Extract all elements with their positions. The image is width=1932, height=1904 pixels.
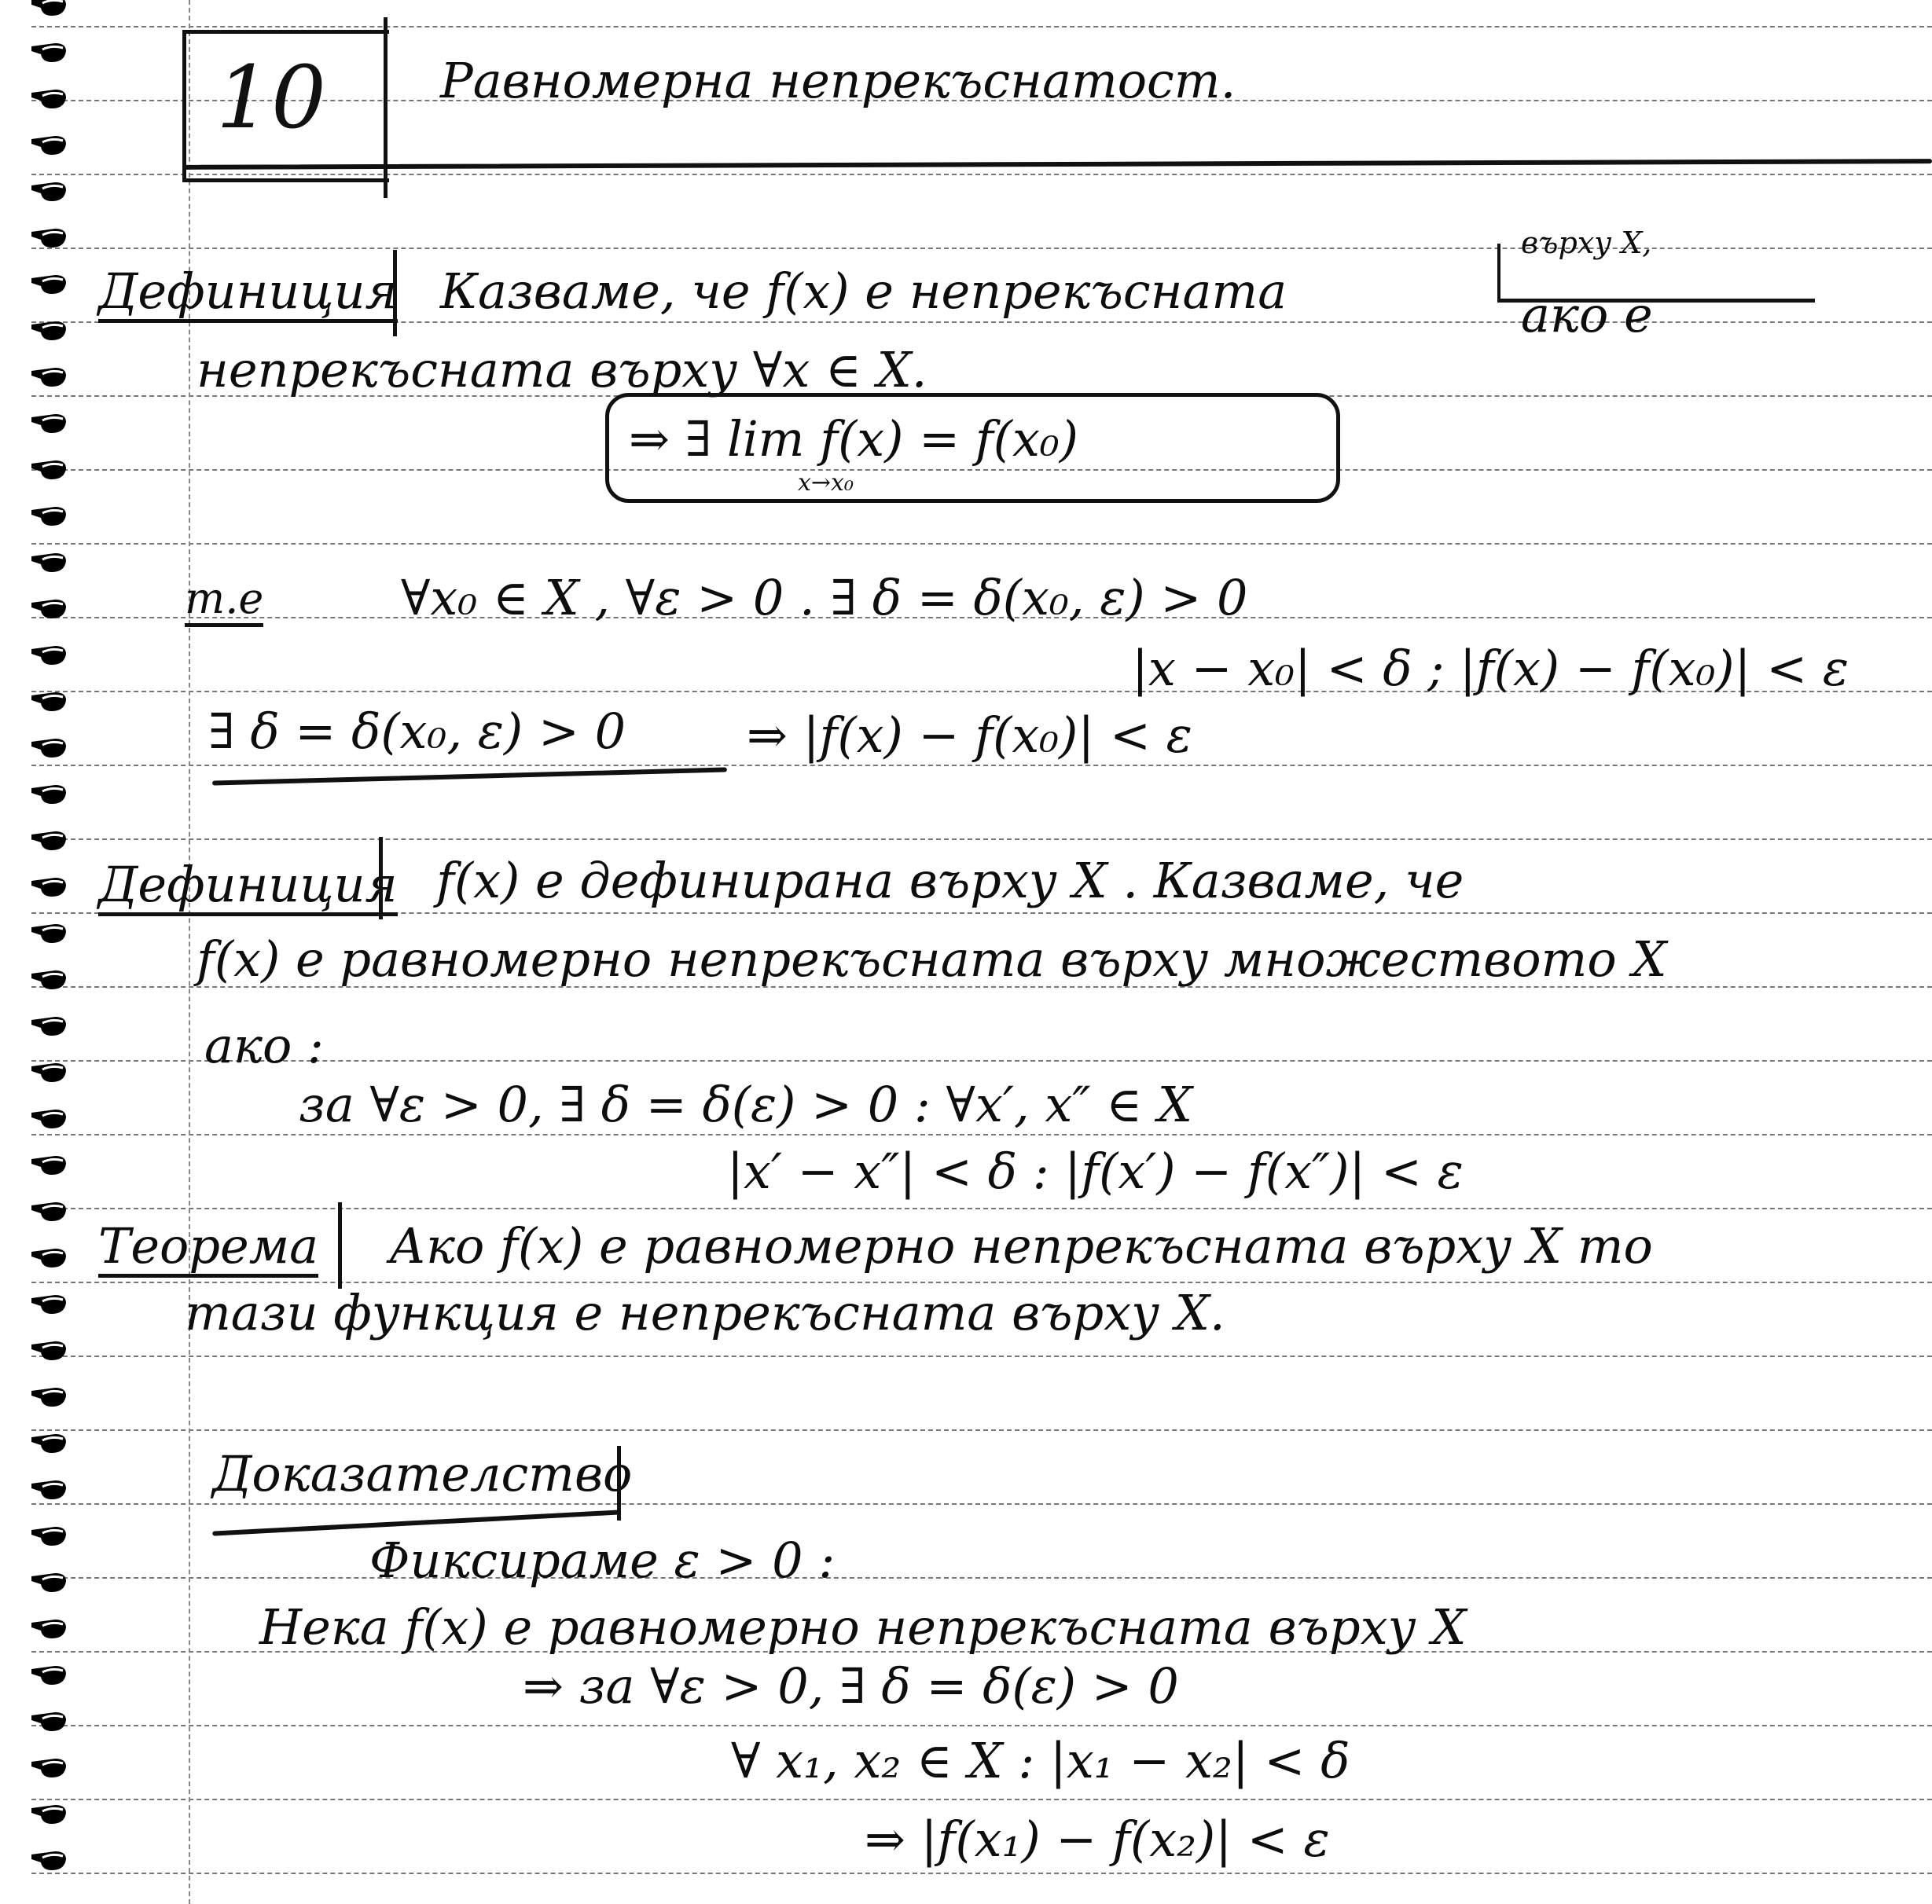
page-title: Равномерна непрекъснатост. bbox=[440, 57, 1236, 105]
binding-hole-icon bbox=[31, 550, 68, 574]
binding-hole-icon bbox=[31, 1663, 68, 1686]
definition-1-label: Дефиниция bbox=[98, 267, 398, 323]
binding-hole-icon bbox=[31, 272, 68, 295]
binding-hole-icon bbox=[31, 1524, 68, 1547]
binding-hole-icon bbox=[31, 411, 68, 435]
ruled-line bbox=[31, 1799, 1932, 1800]
te-line-2: |x − x₀| < δ ; |f(x) − f(x₀)| < ε bbox=[1132, 644, 1849, 693]
ruled-line bbox=[31, 1134, 1932, 1135]
binding-hole-icon bbox=[31, 1848, 68, 1872]
binding-hole-icon bbox=[31, 504, 68, 527]
theorem-separator bbox=[338, 1202, 342, 1289]
binding-hole-icon bbox=[31, 457, 68, 481]
definition-2-line-1: f(x) е дефинирана върху X . Казваме, че bbox=[436, 857, 1464, 905]
binding-hole-icon bbox=[31, 1060, 68, 1084]
ruled-line bbox=[31, 1577, 1932, 1579]
theorem-line-1: Ако f(x) е равномерно непрекъсната върху… bbox=[389, 1222, 1653, 1271]
definition-2-label: Дефиниция bbox=[98, 860, 398, 916]
te-label: т.е bbox=[185, 578, 263, 627]
binding-hole-icon bbox=[31, 736, 68, 759]
binding-hole-icon bbox=[31, 1199, 68, 1223]
proof-label: Доказателство bbox=[212, 1450, 632, 1499]
binding-hole-icon bbox=[31, 1616, 68, 1640]
ruled-line bbox=[31, 765, 1932, 766]
binding-hole-icon bbox=[31, 1106, 68, 1130]
binding-hole-icon bbox=[31, 643, 68, 666]
binding-hole-icon bbox=[31, 1385, 68, 1408]
binding-hole-icon bbox=[31, 596, 68, 620]
binding-hole-icon bbox=[31, 1014, 68, 1037]
ruled-line bbox=[31, 543, 1932, 545]
proof-line-3: ⇒ за ∀ε > 0, ∃ δ = δ(ε) > 0 bbox=[523, 1662, 1179, 1711]
ruled-line bbox=[31, 26, 1932, 28]
binding-hole-icon bbox=[31, 1431, 68, 1455]
proof-line-4: ∀ x₁, x₂ ∈ X : |x₁ − x₂| < δ bbox=[731, 1737, 1350, 1785]
theorem-line-2: тази функция е непрекъсната върху X. bbox=[185, 1289, 1225, 1337]
ruled-line bbox=[31, 1725, 1932, 1726]
ruled-line bbox=[31, 1282, 1932, 1283]
ruled-line bbox=[31, 1208, 1932, 1209]
title-separator bbox=[384, 17, 388, 198]
ruled-line bbox=[31, 1356, 1932, 1357]
binding-hole-icon bbox=[31, 1570, 68, 1594]
binding-hole-icon bbox=[31, 365, 68, 388]
summary-line: ∃ δ = δ(x₀, ε) > 0 bbox=[208, 707, 626, 756]
definition-1-line-1-tail: ако е bbox=[1521, 291, 1653, 339]
proof-line-5: ⇒ |f(x₁) − f(x₂)| < ε bbox=[865, 1815, 1330, 1864]
binding-hole-icon bbox=[31, 226, 68, 249]
lecture-number: 10 bbox=[216, 47, 326, 148]
definition-2-separator bbox=[379, 837, 383, 919]
binding-hole-icon bbox=[31, 86, 68, 110]
theorem-label: Теорема bbox=[98, 1222, 318, 1278]
definition-1-line-1: Казваме, че f(x) е непрекъсната bbox=[440, 267, 1287, 316]
binding-hole-icon bbox=[31, 1245, 68, 1269]
binding-hole-icon bbox=[31, 318, 68, 342]
definition-1-annotation: върху X, bbox=[1521, 228, 1651, 258]
binding-hole-icon bbox=[31, 0, 68, 17]
binding-hole-icon bbox=[31, 921, 68, 945]
definition-2-line-5: |x′ − x″| < δ : |f(x′) − f(x″)| < ε bbox=[727, 1147, 1464, 1196]
binding-hole-icon bbox=[31, 1477, 68, 1501]
binding-hole-icon bbox=[31, 828, 68, 852]
binding-hole-icon bbox=[31, 1338, 68, 1362]
definition-1-separator bbox=[393, 250, 397, 336]
binding-hole-icon bbox=[31, 1292, 68, 1315]
binding-hole-icon bbox=[31, 133, 68, 156]
notebook-page: 10 Равномерна непрекъснатост. Дефиниция … bbox=[0, 0, 1932, 1904]
ruled-line bbox=[31, 1873, 1932, 1874]
binding-hole-icon bbox=[31, 179, 68, 203]
binding-hole-icon bbox=[31, 782, 68, 805]
binding-hole-icon bbox=[31, 1709, 68, 1733]
binding-hole-icon bbox=[31, 967, 68, 991]
binding-hole-icon bbox=[31, 40, 68, 64]
definition-2-line-4: за ∀ε > 0, ∃ δ = δ(ε) > 0 : ∀x′, x″ ∈ X bbox=[299, 1080, 1192, 1129]
binding-hole-icon bbox=[31, 689, 68, 713]
ruled-line bbox=[31, 1429, 1932, 1431]
title-underline bbox=[182, 159, 1932, 170]
summary-underline bbox=[212, 767, 727, 785]
ruled-line bbox=[31, 1503, 1932, 1505]
limit-formula: ⇒ ∃ lim f(x) = f(x₀) bbox=[629, 415, 1078, 464]
summary-tail: ⇒ |f(x) − f(x₀)| < ε bbox=[747, 711, 1192, 760]
definition-2-line-2: f(x) е равномерно непрекъсната върху мно… bbox=[197, 935, 1667, 984]
te-line: ∀x₀ ∈ X , ∀ε > 0 . ∃ δ = δ(x₀, ε) > 0 bbox=[401, 574, 1248, 622]
definition-2-line-3: ако : bbox=[204, 1022, 324, 1070]
binding-hole-icon bbox=[31, 1802, 68, 1825]
proof-line-2: Нека f(x) е равномерно непрекъсната върх… bbox=[259, 1603, 1466, 1652]
proof-separator bbox=[617, 1446, 621, 1521]
binding-hole-icon bbox=[31, 875, 68, 898]
definition-1-line-2: непрекъсната върху ∀x ∈ X. bbox=[197, 346, 927, 394]
binding-hole-icon bbox=[31, 1153, 68, 1176]
proof-line-1: Фиксираме ε > 0 : bbox=[369, 1536, 835, 1585]
ruled-line bbox=[31, 838, 1932, 840]
binding-hole-icon bbox=[31, 1755, 68, 1779]
limit-subscript: x→x₀ bbox=[798, 471, 854, 495]
